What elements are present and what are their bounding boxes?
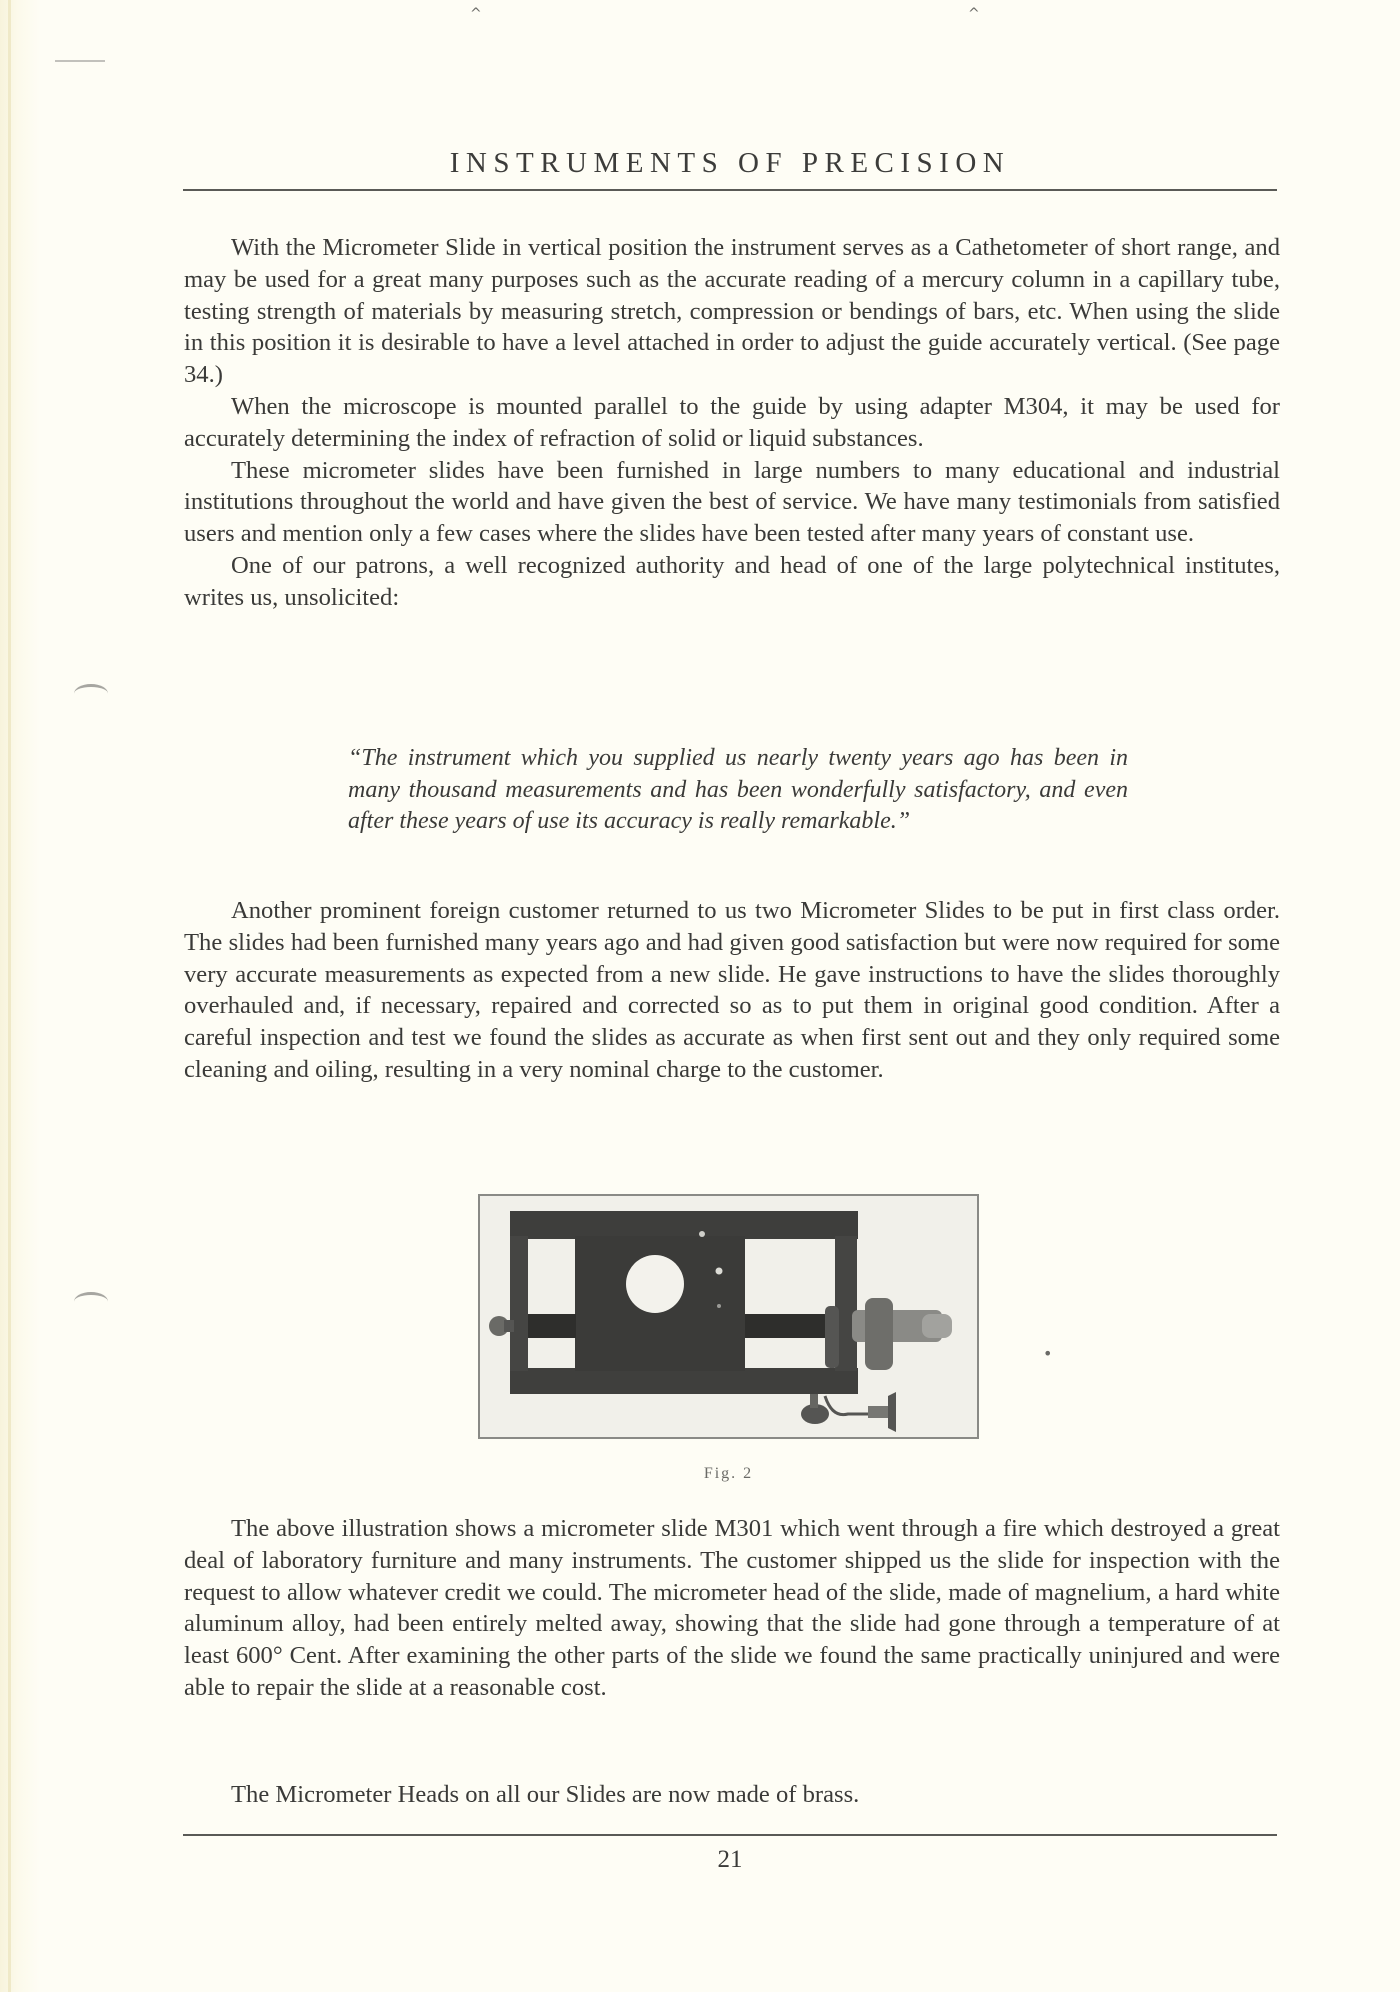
figure-caption: Fig. 2: [478, 1465, 979, 1483]
text-block-top: With the Micrometer Slide in vertical po…: [184, 232, 1280, 614]
text-block-middle: Another prominent foreign customer retur…: [184, 895, 1280, 1086]
paragraph: One of our patrons, a well recognized au…: [184, 550, 1280, 614]
figure-photo: [478, 1194, 979, 1439]
scan-speck-icon: ^: [968, 6, 980, 22]
scan-speck-icon: ^: [470, 6, 482, 22]
text-block-bottom: The above illustration shows a micromete…: [184, 1513, 1280, 1704]
quote-text: “The instrument which you supplied us ne…: [348, 743, 1128, 838]
punch-hole-icon: [74, 684, 108, 703]
running-header: INSTRUMENTS OF PRECISION: [183, 147, 1277, 180]
punch-hole-icon: [74, 1292, 108, 1311]
paragraph: The above illustration shows a micromete…: [184, 1513, 1280, 1704]
paragraph: The Micrometer Heads on all our Slides a…: [184, 1779, 1280, 1811]
paragraph: When the microscope is mounted parallel …: [184, 391, 1280, 455]
page-number: 21: [183, 1846, 1277, 1874]
micrometer-slide-illustration: [480, 1196, 977, 1437]
header-rule: [183, 189, 1277, 191]
paragraph: With the Micrometer Slide in vertical po…: [184, 232, 1280, 391]
paragraph: Another prominent foreign customer retur…: [184, 895, 1280, 1086]
binding-edge: [8, 0, 11, 1992]
scan-speck-icon: •: [1043, 1344, 1052, 1363]
testimonial-quote: “The instrument which you supplied us ne…: [348, 743, 1128, 838]
footer-rule: [183, 1834, 1277, 1836]
book-page: ^ ^ • INSTRUMENTS OF PRECISION With the …: [0, 0, 1400, 1992]
scan-mark: [55, 60, 105, 62]
text-block-final: The Micrometer Heads on all our Slides a…: [184, 1779, 1280, 1811]
paragraph: These micrometer slides have been furnis…: [184, 455, 1280, 550]
